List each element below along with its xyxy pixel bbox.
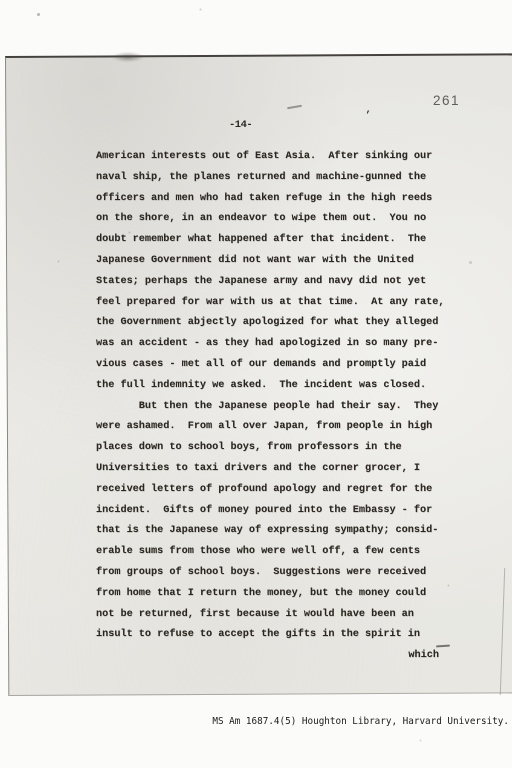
paper-specks	[0, 0, 1, 1]
typescript-line: doubt remember what happened after that …	[96, 230, 444, 251]
typescript-line: the Government abjectly apologized for w…	[96, 313, 444, 334]
typescript-line: naval ship, the planes returned and mach…	[96, 168, 444, 189]
typescript-line: was an accident - as they had apologized…	[96, 334, 444, 355]
typescript-body: American interests out of East Asia. Aft…	[96, 147, 444, 667]
typescript-line: officers and men who had taken refuge in…	[96, 189, 444, 210]
typescript-line: not be returned, first because it would …	[96, 605, 444, 626]
typescript-line: incident. Gifts of money poured into the…	[96, 501, 444, 522]
typescript-line: received letters of profound apology and…	[96, 480, 444, 501]
typescript-line: Japanese Government did not want war wit…	[96, 251, 444, 272]
typescript-line: from groups of school boys. Suggestions …	[96, 563, 444, 584]
stray-typewriter-mark: ’	[365, 111, 371, 122]
page-number-header: -14-	[229, 119, 252, 131]
typescript-line: places down to school boys, from profess…	[96, 438, 444, 459]
typescript-line: Universities to taxi drivers and the cor…	[96, 459, 444, 480]
typescript-line: on the shore, in an endeavor to wipe the…	[96, 209, 444, 230]
typescript-line: that is the Japanese way of expressing s…	[96, 521, 444, 542]
typescript-line: States; perhaps the Japanese army and na…	[96, 272, 444, 293]
folio-number: 261	[433, 93, 460, 108]
catchword: which	[96, 646, 444, 667]
scanned-typescript-page: { "page": { "folio_number": "261", "head…	[0, 0, 512, 768]
typescript-line: insult to refuse to accept the gifts in …	[96, 625, 444, 646]
typescript-line: were ashamed. From all over Japan, from …	[96, 417, 444, 438]
library-attribution: MS Am 1687.4(5) Houghton Library, Harvar…	[212, 716, 509, 727]
typescript-line: vious cases - met all of our demands and…	[96, 355, 444, 376]
typescript-line: American interests out of East Asia. Aft…	[96, 147, 444, 168]
typescript-line: the full indemnity we asked. The inciden…	[96, 376, 444, 397]
typescript-line-paragraph-start: But then the Japanese people had their s…	[96, 397, 444, 418]
scan-smudge	[112, 52, 144, 62]
typescript-line: feel prepared for war with us at that ti…	[96, 293, 444, 314]
typescript-line: from home that I return the money, but t…	[96, 584, 444, 605]
typescript-line: erable sums from those who were well off…	[96, 542, 444, 563]
